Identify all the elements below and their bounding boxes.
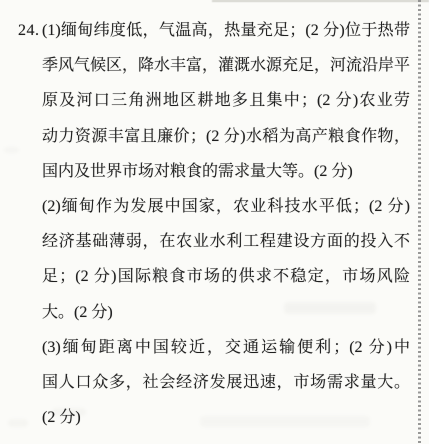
text-line: (2 分) — [42, 400, 410, 435]
text-line: 国人口众多，社会经济发展迅速，市场需求量大。 — [42, 365, 410, 400]
scan-artifact — [4, 147, 19, 153]
answer-paragraph-1: (1)缅甸纬度低，气温高，热量充足；(2 分)位于热带季风气候区，降水丰富，灌溉… — [42, 13, 410, 189]
text-line: 原及河口三角洲地区耕地多且集中；(2 分)农业劳 — [42, 83, 410, 118]
text-line: 季风气候区，降水丰富，灌溉水源充足，河流沿岸平 — [42, 48, 410, 83]
text-line: (2)缅甸作为发展中国家，农业科技水平低；(2 分) — [42, 189, 410, 224]
text-line: 足；(2 分)国际粮食市场的供求不稳定，市场风险 — [42, 259, 410, 294]
scanned-answer-page: 24. (1)缅甸纬度低，气温高，热量充足；(2 分)位于热带季风气候区，降水丰… — [0, 0, 429, 444]
answer-paragraph-2: (2)缅甸作为发展中国家，农业科技水平低；(2 分)经济基础薄弱，在农业水利工程… — [42, 189, 410, 330]
question-number: 24. — [18, 13, 40, 48]
text-line: (1)缅甸纬度低，气温高，热量充足；(2 分)位于热带 — [42, 13, 410, 48]
text-line: 大。(2 分) — [42, 295, 410, 330]
answer-text: (1)缅甸纬度低，气温高，热量充足；(2 分)位于热带季风气候区，降水丰富，灌溉… — [42, 13, 410, 435]
text-line: 动力资源丰富且廉价；(2 分)水稻为高产粮食作物， — [42, 119, 410, 154]
scan-artifact — [212, 0, 429, 2]
text-line: 国内及世界市场对粮食的需求量大等。(2 分) — [42, 154, 410, 189]
text-line: 经济基础薄弱，在农业水利工程建设方面的投入不 — [42, 224, 410, 259]
text-line: (3)缅甸距离中国较近，交通运输便利；(2 分)中 — [42, 330, 410, 365]
answer-block-q24: 24. (1)缅甸纬度低，气温高，热量充足；(2 分)位于热带季风气候区，降水丰… — [42, 13, 410, 435]
dotted-divider-line — [418, 0, 421, 444]
answer-paragraph-3: (3)缅甸距离中国较近，交通运输便利；(2 分)中国人口众多，社会经济发展迅速，… — [42, 330, 410, 436]
scan-artifact — [8, 419, 28, 427]
